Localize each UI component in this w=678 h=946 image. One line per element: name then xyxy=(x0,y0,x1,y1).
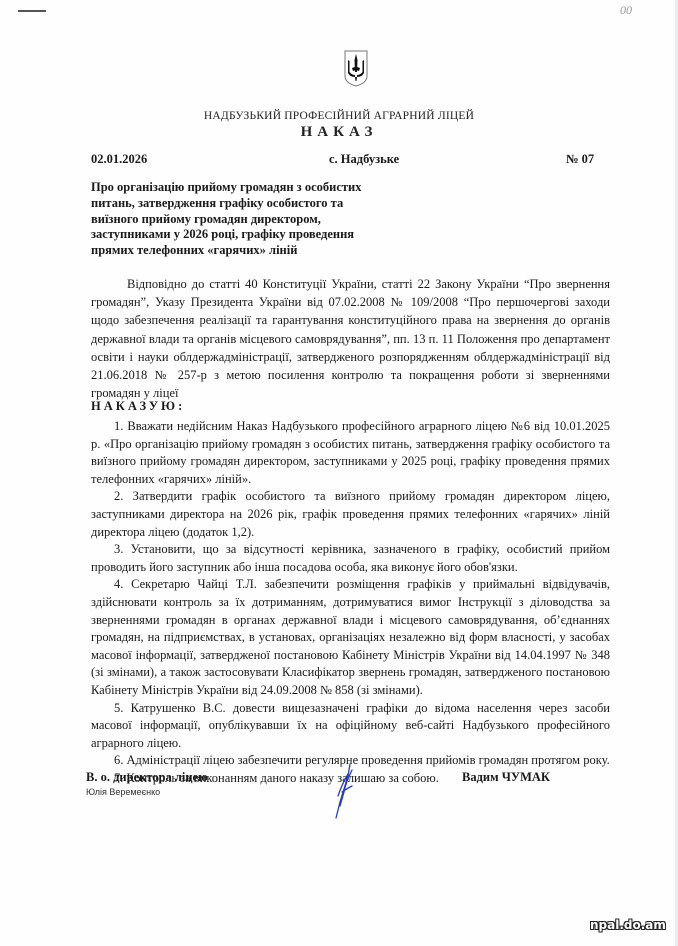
signer-name: Вадим ЧУМАК xyxy=(462,770,550,785)
document-date: 02.01.2026 xyxy=(91,152,147,167)
order-item-5: 5. Катрушенко В.С. довести вищезазначені… xyxy=(91,700,610,753)
order-heading: НАКАЗУЮ: xyxy=(91,399,185,414)
trident-coat-of-arms-icon xyxy=(344,50,368,87)
corner-handwritten-note: 00 xyxy=(620,3,632,18)
order-item-3: 3. Установити, що за відсутності керівни… xyxy=(91,541,610,576)
preamble-paragraph: Відповідно до статті 40 Конституції Укра… xyxy=(91,275,610,402)
document-number: № 07 xyxy=(566,152,594,167)
site-watermark: npal.do.am xyxy=(590,918,666,932)
order-item-2: 2. Затвердити графік особистого та виїзн… xyxy=(91,488,610,541)
order-items-list: 1. Вважати недійсним Наказ Надбузького п… xyxy=(91,418,610,787)
document-title: НАКАЗ xyxy=(0,124,678,141)
document-page: 00 НАДБУЗЬКИЙ ПРОФЕСІЙНИЙ АГРАРНИЙ ЛІЦЕЙ… xyxy=(0,0,678,946)
document-place: с. Надбузьке xyxy=(329,152,399,167)
organization-name: НАДБУЗЬКИЙ ПРОФЕСІЙНИЙ АГРАРНИЙ ЛІЦЕЙ xyxy=(0,110,678,122)
handwritten-signature-icon xyxy=(322,762,362,822)
executor-name: Юлія Веремеєнко xyxy=(86,787,160,797)
margin-mark xyxy=(18,10,46,12)
order-item-4: 4. Секретарю Чайці Т.Л. забезпечити розм… xyxy=(91,576,610,699)
order-item-1: 1. Вважати недійсним Наказ Надбузького п… xyxy=(91,418,610,488)
signer-position: В. о. директора ліцею xyxy=(86,770,208,785)
document-subject: Про організацію прийому громадян з особи… xyxy=(91,180,371,259)
